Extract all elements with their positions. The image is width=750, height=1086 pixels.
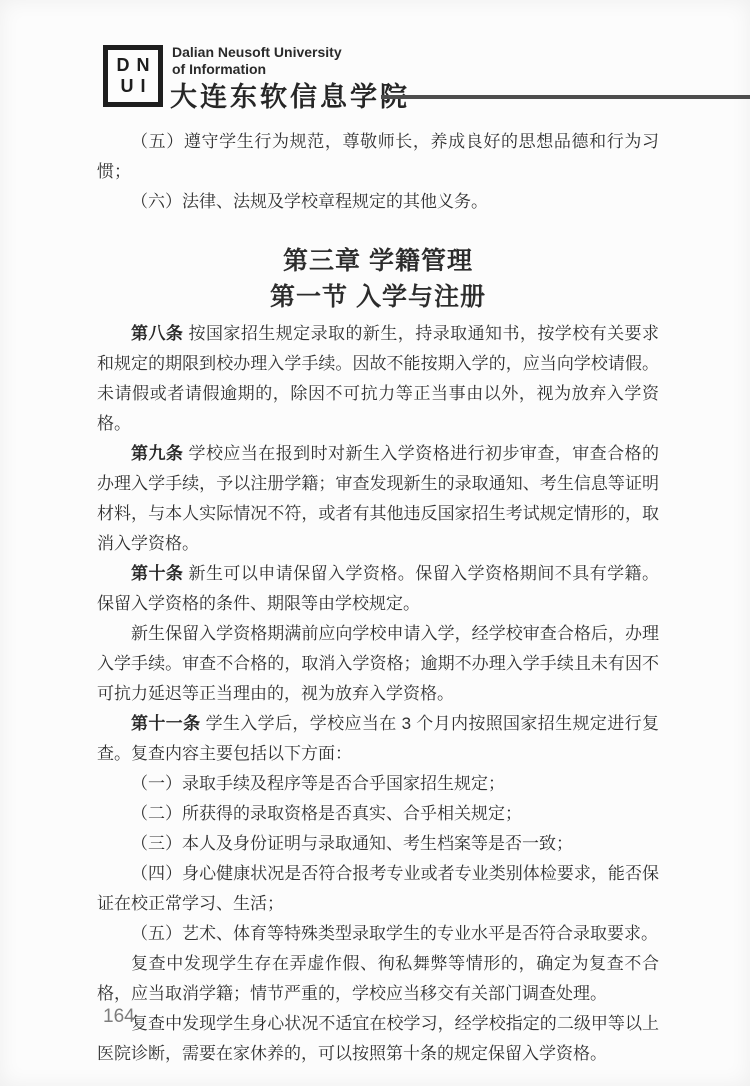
article-number-lead: 第十条 (131, 564, 189, 583)
paragraph-text: （三）本人及身份证明与录取通知、考生档案等是否一致； (131, 834, 573, 853)
list-item: （五）艺术、体育等特殊类型录取学生的专业水平是否符合录取要求。 (97, 919, 659, 949)
university-name-english-line1: Dalian Neusoft University (172, 44, 342, 61)
intro-item-text: （五）遵守学生行为规范，尊敬师长，养成良好的思想品德和行为习惯； (97, 132, 659, 181)
paragraph-article-8: 第八条 按国家招生规定录取的新生，持录取通知书，按学校有关要求和规定的期限到校办… (97, 319, 659, 439)
list-item: （四）身心健康状况是否符合报考专业或者专业类别体检要求，能否保证在校正常学习、生… (97, 859, 659, 919)
logo-letters-bottom: UI (114, 76, 153, 97)
logo-letters-top: DN (110, 55, 157, 76)
paragraph-text: 复查中发现学生存在弄虚作假、徇私舞弊等情形的，确定为复查不合格，应当取消学籍；情… (97, 954, 659, 1003)
paragraph: 复查中发现学生身心状况不适宜在校学习，经学校指定的二级甲等以上医院诊断，需要在家… (97, 1009, 659, 1069)
dnui-logo: DN UI (103, 45, 163, 107)
paragraph-text: 新生保留入学资格期满前应向学校申请入学，经学校审查合格后，办理入学手续。审查不合… (97, 624, 659, 703)
intro-item: （五）遵守学生行为规范，尊敬师长，养成良好的思想品德和行为习惯； (97, 127, 659, 187)
paragraph-article-10: 第十条 新生可以申请保留入学资格。保留入学资格期间不具有学籍。保留入学资格的条件… (97, 559, 659, 619)
page-number: 164 (103, 1006, 135, 1028)
paragraph-text: （一）录取手续及程序等是否合乎国家招生规定； (131, 774, 505, 793)
list-item: （二）所获得的录取资格是否真实、合乎相关规定； (97, 799, 659, 829)
document-body: （五）遵守学生行为规范，尊敬师长，养成良好的思想品德和行为习惯； （六）法律、法… (97, 127, 659, 1069)
article-number-lead: 第十一条 (131, 714, 206, 733)
paragraph-text: （四）身心健康状况是否符合报考专业或者专业类别体检要求，能否保证在校正常学习、生… (97, 864, 659, 913)
paragraph-text: （五）艺术、体育等特殊类型录取学生的专业水平是否符合录取要求。 (131, 924, 658, 943)
paragraph-article-9: 第九条 学校应当在报到时对新生入学资格进行初步审查，审查合格的办理入学手续，予以… (97, 439, 659, 559)
university-name-chinese: 大连东软信息学院 (170, 75, 410, 114)
list-item: （三）本人及身份证明与录取通知、考生档案等是否一致； (97, 829, 659, 859)
header-divider-rule (381, 95, 750, 99)
paragraph: 新生保留入学资格期满前应向学校申请入学，经学校审查合格后，办理入学手续。审查不合… (97, 619, 659, 709)
university-name-english: Dalian Neusoft University of Information (172, 44, 342, 78)
document-page: DN UI Dalian Neusoft University of Infor… (0, 0, 750, 1086)
list-item: （一）录取手续及程序等是否合乎国家招生规定； (97, 769, 659, 799)
paragraph-text: 复查中发现学生身心状况不适宜在校学习，经学校指定的二级甲等以上医院诊断，需要在家… (97, 1014, 659, 1063)
chapter-title: 第三章 学籍管理 (97, 243, 659, 279)
article-number-lead: 第八条 (131, 324, 189, 343)
section-title: 第一节 入学与注册 (97, 279, 659, 315)
paragraph-text: （二）所获得的录取资格是否真实、合乎相关规定； (131, 804, 522, 823)
paragraph-article-11: 第十一条 学生入学后，学校应当在 3 个月内按照国家招生规定进行复查。复查内容主… (97, 709, 659, 769)
article-number-lead: 第九条 (131, 444, 189, 463)
intro-item: （六）法律、法规及学校章程规定的其他义务。 (97, 187, 659, 217)
intro-item-text: （六）法律、法规及学校章程规定的其他义务。 (131, 192, 488, 211)
paragraph: 复查中发现学生存在弄虚作假、徇私舞弊等情形的，确定为复查不合格，应当取消学籍；情… (97, 949, 659, 1009)
